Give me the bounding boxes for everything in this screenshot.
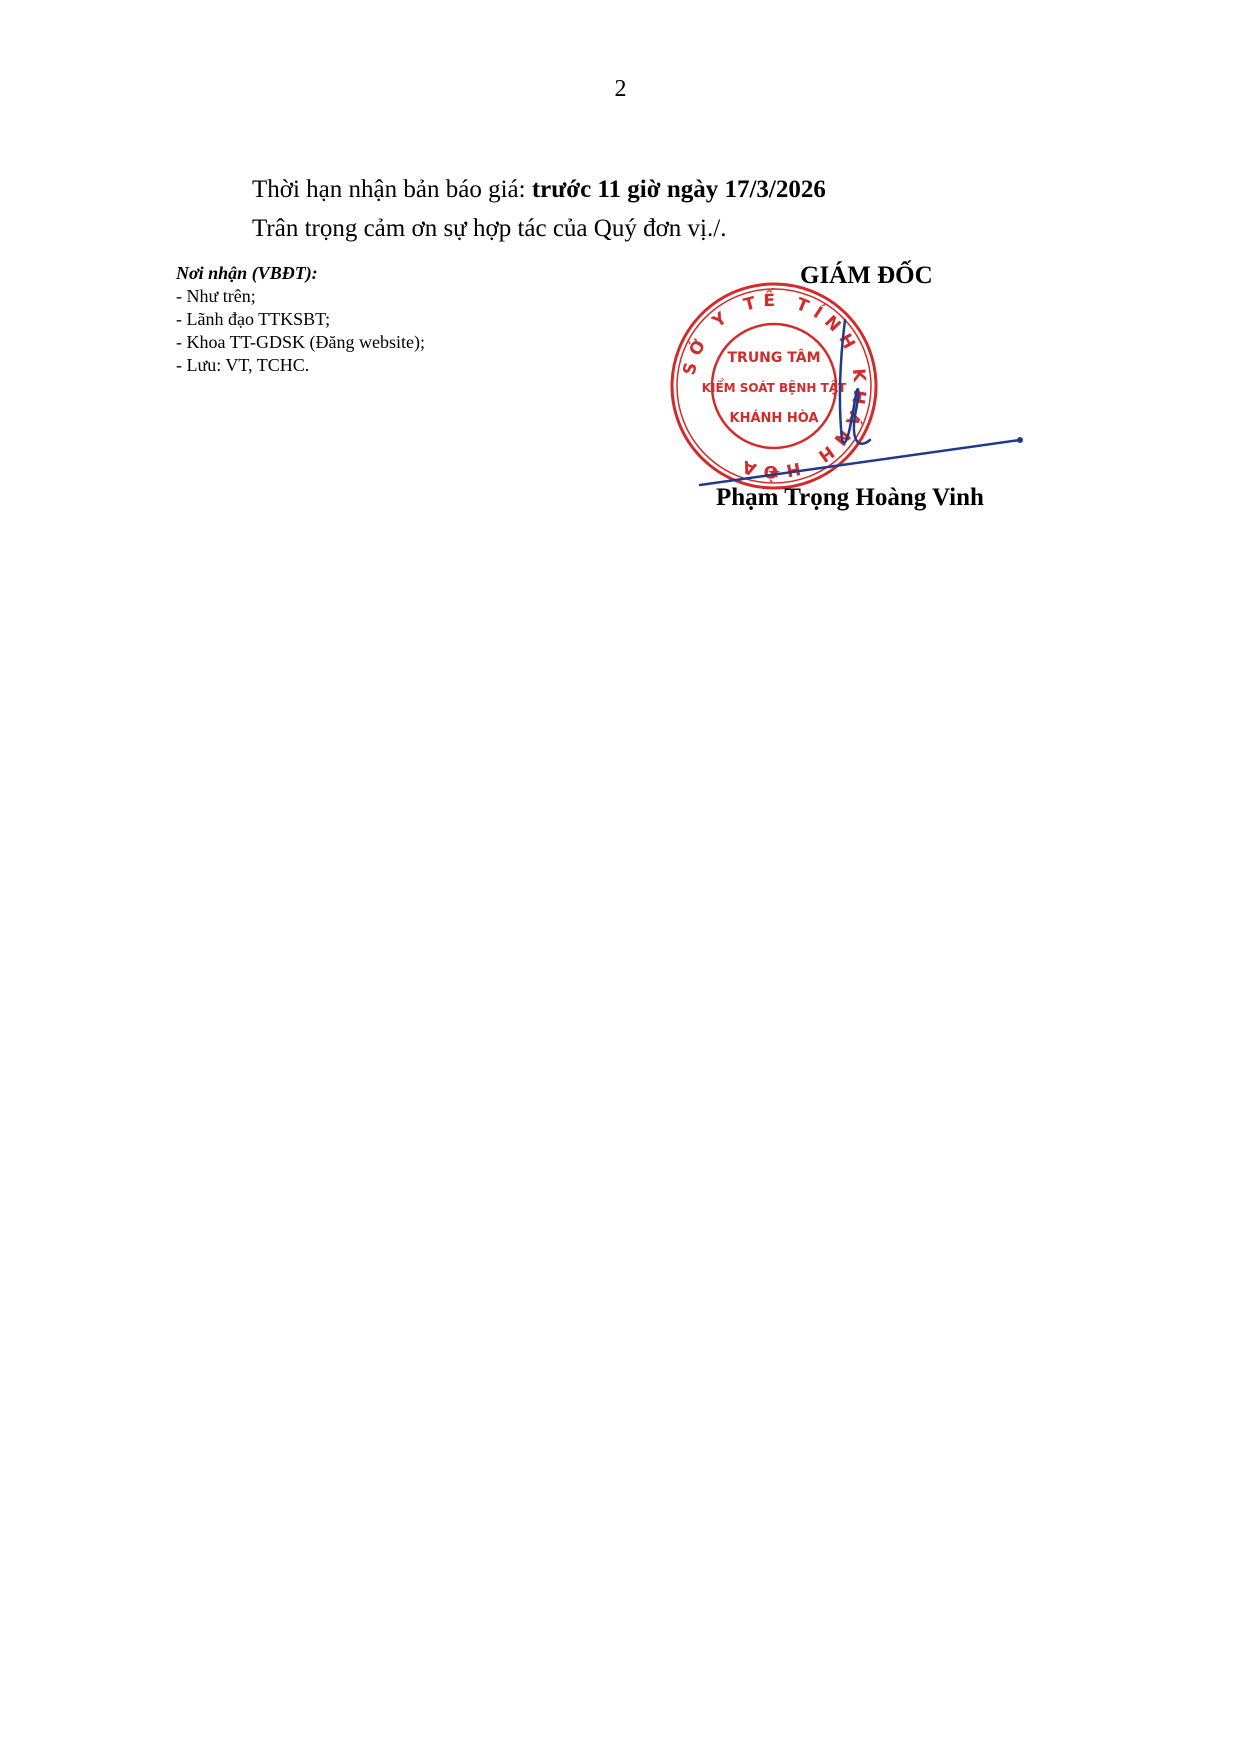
recipient-item: - Khoa TT-GDSK (Đăng website);	[176, 331, 425, 354]
deadline-label: Thời hạn nhận bản báo giá:	[252, 176, 532, 203]
handwritten-signature	[690, 300, 1030, 500]
deadline-line: Thời hạn nhận bản báo giá: trước 11 giờ …	[252, 176, 826, 204]
page-number: 2	[0, 76, 1241, 103]
closing-line: Trân trọng cảm ơn sự hợp tác của Quý đơn…	[252, 215, 726, 243]
recipient-item: - Lãnh đạo TTKSBT;	[176, 308, 425, 331]
recipient-item: - Như trên;	[176, 285, 425, 308]
recipients-title: Nơi nhận (VBĐT):	[176, 262, 425, 285]
deadline-value: trước 11 giờ ngày 17/3/2026	[532, 176, 826, 203]
recipients-block: Nơi nhận (VBĐT): - Như trên; - Lãnh đạo …	[176, 262, 425, 377]
signer-name: Phạm Trọng Hoàng Vinh	[716, 484, 984, 512]
recipient-item: - Lưu: VT, TCHC.	[176, 354, 425, 377]
